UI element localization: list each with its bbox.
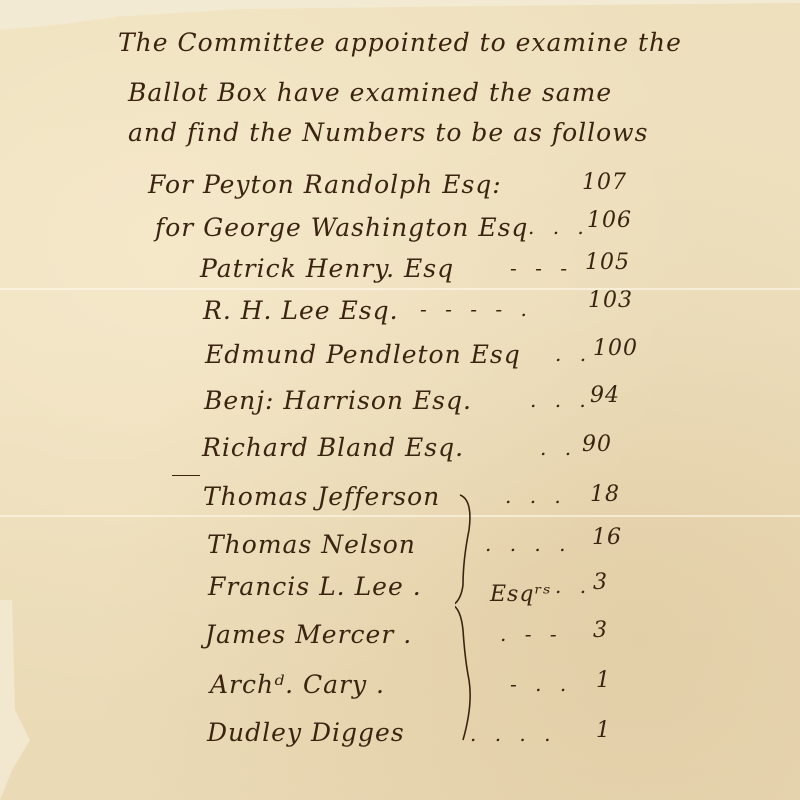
bracket-label: Esqʳˢ <box>490 582 551 607</box>
heading-line-1: The Committee appointed to examine the <box>118 28 682 57</box>
candidate-name: George Washington Esq <box>203 213 528 242</box>
vote-count: 103 <box>588 288 633 313</box>
candidate-name: Thomas Jefferson <box>203 482 440 511</box>
vote-count: 107 <box>582 170 627 195</box>
list-item: Benj: Harrison Esq. <box>204 386 472 415</box>
candidate-name: Francis L. Lee . <box>208 572 422 601</box>
heading-line-2: Ballot Box have examined the same <box>128 78 612 107</box>
leader-dots: . . <box>555 342 592 366</box>
candidate-name: R. H. Lee Esq. <box>203 296 399 325</box>
margin-stroke <box>172 475 200 476</box>
list-item: Dudley Digges <box>207 718 405 747</box>
vote-count: 100 <box>593 336 638 361</box>
list-item: James Mercer . <box>205 620 412 649</box>
list-item: Patrick Henry. Esq <box>200 254 454 283</box>
vote-count: 3 <box>593 570 608 595</box>
vote-count: 18 <box>590 482 620 507</box>
vote-count: 105 <box>585 250 630 275</box>
leader-dots: - - - <box>510 256 573 280</box>
candidate-name: Thomas Nelson <box>207 530 416 559</box>
heading-line-3: and find the Numbers to be as follows <box>128 118 648 147</box>
vote-count: 94 <box>590 383 620 408</box>
leader-dots: - . . <box>510 672 572 696</box>
vote-count: 106 <box>587 208 632 233</box>
list-item: Archᵈ. Cary . <box>210 670 385 699</box>
vote-count: 16 <box>592 525 622 550</box>
list-item: for George Washington Esq <box>155 213 528 242</box>
candidate-name: Edmund Pendleton Esq <box>205 340 521 369</box>
candidate-name: Dudley Digges <box>207 718 405 747</box>
candidate-name: Benj: Harrison Esq. <box>204 386 472 415</box>
list-item: Thomas Jefferson <box>203 482 440 511</box>
leader-dots: . . <box>555 574 592 598</box>
list-item: For Peyton Randolph Esq: <box>148 170 502 199</box>
fold-line <box>0 515 800 517</box>
leader-dots: . . . . <box>485 532 572 556</box>
candidate-name: Archᵈ. Cary . <box>210 670 385 699</box>
candidate-name: Peyton Randolph Esq: <box>203 170 502 199</box>
list-item: Richard Bland Esq. <box>202 433 464 462</box>
fold-line <box>0 288 800 290</box>
candidate-name: Richard Bland Esq. <box>202 433 464 462</box>
candidate-name: James Mercer . <box>205 620 412 649</box>
leader-dots: . . <box>540 436 577 460</box>
vote-count: 3 <box>593 618 608 643</box>
list-item: R. H. Lee Esq. <box>203 296 399 325</box>
list-item: Edmund Pendleton Esq <box>205 340 521 369</box>
leader-dots: . - - <box>500 622 563 646</box>
vote-count: 1 <box>596 668 611 693</box>
list-item: Thomas Nelson <box>207 530 416 559</box>
list-item: Francis L. Lee . <box>208 572 422 601</box>
candidate-name: Patrick Henry. Esq <box>200 254 454 283</box>
curly-brace-icon <box>455 490 485 750</box>
leader-dots: . . . <box>505 484 567 508</box>
entry-prefix: For <box>148 170 194 199</box>
entry-prefix: for <box>155 213 194 242</box>
leader-dots: - - - - . <box>420 297 533 321</box>
leader-dots: . . . <box>528 215 590 239</box>
vote-count: 1 <box>596 718 611 743</box>
leader-dots: . . . <box>530 388 592 412</box>
vote-count: 90 <box>582 432 612 457</box>
